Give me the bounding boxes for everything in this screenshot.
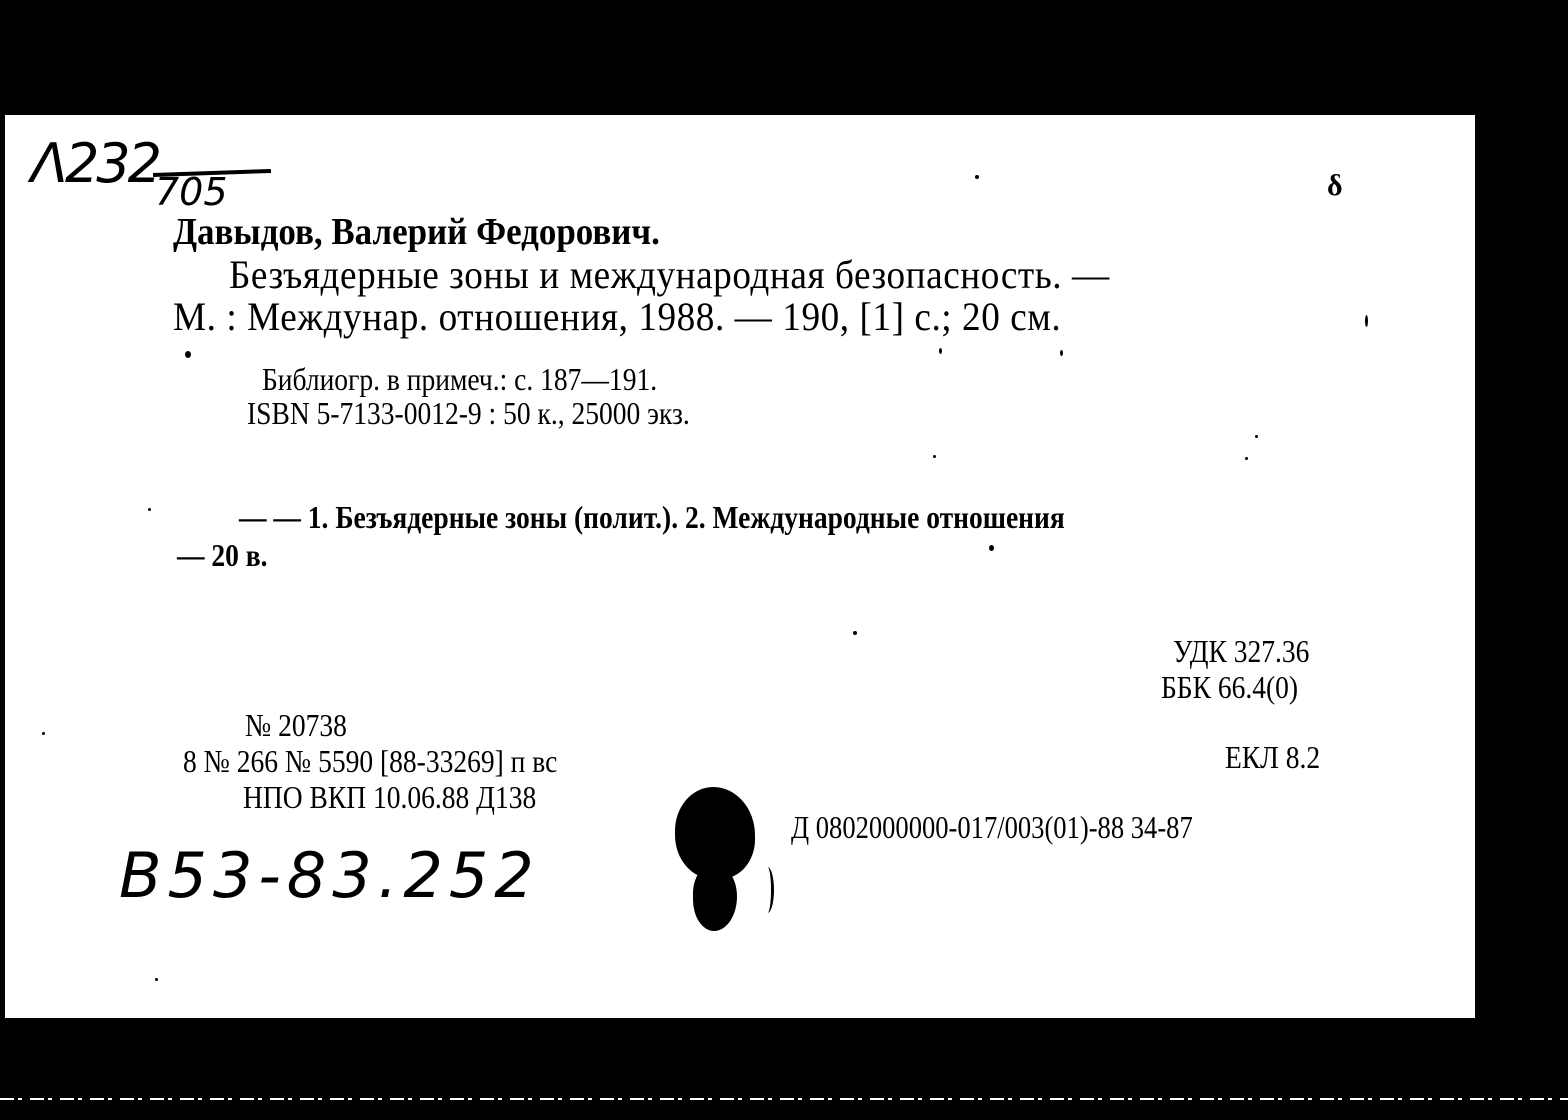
udk-code: УДК 327.36 bbox=[1173, 635, 1309, 667]
speck bbox=[1255, 435, 1258, 438]
npo-line: НПО ВКП 10.06.88 Д138 bbox=[243, 781, 536, 813]
isbn-line: ISBN 5-7133-0012-9 : 50 к., 25000 экз. bbox=[247, 397, 690, 429]
author-heading: Давыдов, Валерий Федорович. bbox=[173, 213, 660, 251]
ink-blot-lower bbox=[693, 865, 737, 931]
speck bbox=[989, 545, 994, 551]
speck bbox=[1060, 350, 1063, 356]
corner-mark: δ bbox=[1327, 171, 1343, 201]
speck bbox=[933, 455, 936, 458]
speck bbox=[975, 175, 979, 179]
bibliography-note: Библиогр. в примеч.: с. 187—191. bbox=[262, 363, 657, 395]
ekl-code: ЕКЛ 8.2 bbox=[1225, 741, 1320, 773]
title-line-1: Безъядерные зоны и международная безопас… bbox=[229, 255, 1110, 295]
speck bbox=[185, 351, 191, 358]
d-code: Д 0802000000-017/003(01)-88 34-87 bbox=[791, 811, 1193, 843]
bbk-code: ББК 66.4(0) bbox=[1161, 671, 1298, 703]
subjects-line-1: — — 1. Безъядерные зоны (полит.). 2. Меж… bbox=[239, 501, 1065, 533]
handwritten-call-number: Λ232 bbox=[31, 137, 159, 191]
speck bbox=[155, 978, 158, 981]
handwritten-fraction: 705 bbox=[155, 173, 228, 211]
speck bbox=[1245, 457, 1248, 460]
record-number: № 20738 bbox=[245, 709, 347, 741]
speck bbox=[939, 348, 942, 354]
speck bbox=[148, 508, 151, 511]
handwritten-shelf-code: B53-83.252 bbox=[119, 845, 540, 907]
catalog-card: Λ232 705 δ Давыдов, Валерий Федорович. Б… bbox=[5, 115, 1475, 1018]
subjects-line-2: — 20 в. bbox=[177, 539, 268, 571]
speck bbox=[42, 732, 45, 735]
order-line: 8 № 266 № 5590 [88-33269] п вс bbox=[183, 745, 557, 777]
title-line-2: М. : Междунар. отношения, 1988. — 190, [… bbox=[173, 297, 1061, 337]
scan-border-line bbox=[0, 1098, 1568, 1100]
ink-mark-paren bbox=[761, 867, 774, 913]
speck bbox=[853, 631, 857, 635]
speck bbox=[1365, 315, 1368, 327]
